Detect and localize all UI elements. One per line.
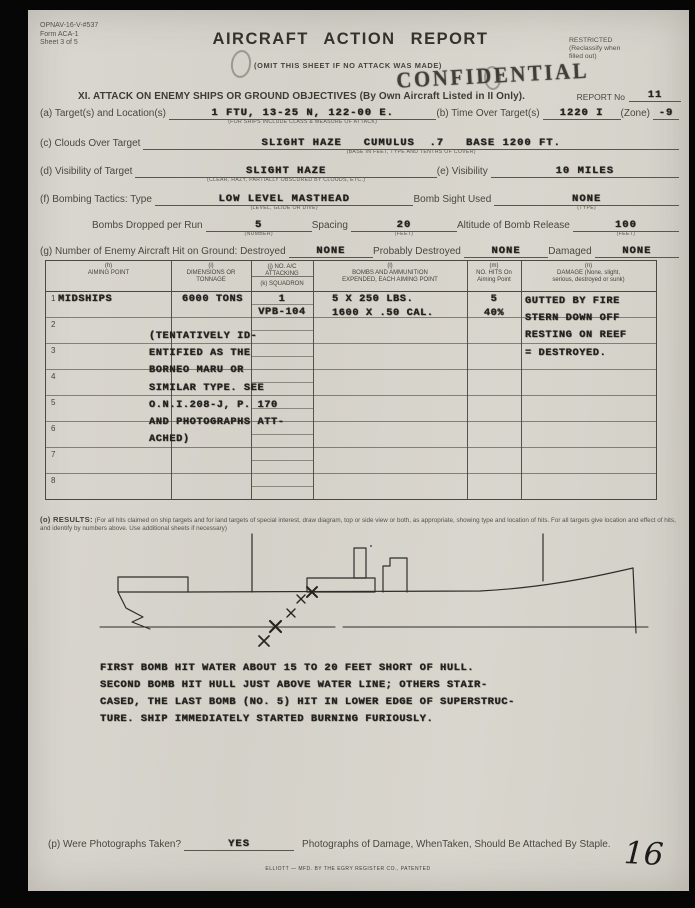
field-line-a: (a) Target(s) and Location(s) 1 FTU, 13-… [40,106,679,120]
stepped-house [383,558,407,592]
target-label: (a) Target(s) and Location(s) [40,108,169,120]
bombs-dropped-field: 5 (NUMBER) [206,218,312,232]
field-line-p: (p) Were Photographs Taken? YES Photogra… [48,837,649,851]
row-number: 4 [51,372,55,381]
damaged-value: NONE [622,245,651,257]
bow [118,592,150,629]
row-number: 3 [51,346,55,355]
bombs-dropped-caption: (NUMBER) [206,231,312,237]
photos-taken-field: YES [184,837,294,851]
table-header: (h) AIMING POINT (i) DIMENSIONS OR TONNA… [46,261,656,292]
report-no-value: 11 [648,89,663,101]
results-section: (o) RESULTS: (For all hits claimed on sh… [40,516,679,532]
time-over-target-value: 1220 I [560,107,604,119]
bomb-sight-field: NONE (TYPE) [494,192,679,206]
altitude-release-field: 100 (FEET) [573,218,679,232]
visibility-value: 10 MILES [556,165,614,177]
altitude-release-caption: (FEET) [573,231,679,237]
time-over-target-field: 1220 I [543,106,621,120]
form-number: OPNAV-16-V-#537 Form ACA-1 Sheet 3 of 5 [40,22,98,48]
section-heading-row: XI. ATTACK ON ENEMY SHIPS OR GROUND OBJE… [78,83,681,102]
damaged-label: Damaged [548,246,594,258]
damaged-field: NONE [595,244,679,258]
field-line-f: (f) Bombing Tactics: Type LOW LEVEL MAST… [40,192,679,206]
probably-destroyed-label: Probably Destroyed [373,246,464,258]
deck-line [188,568,633,592]
forecastle [118,577,188,592]
probably-destroyed-field: NONE [464,244,548,258]
field-line-g: (g) Number of Enemy Aircraft Hit on Grou… [40,244,679,258]
entry-aiming-point: MIDSHIPS [58,293,112,307]
bombing-tactics-field: LOW LEVEL MASTHEAD (LEVEL, GLIDE OR DIVE… [155,192,414,206]
spacing-value: 20 [397,219,412,231]
clouds-field: SLIGHT HAZE CUMULUS .7 BASE 1200 FT. (BA… [143,136,679,150]
bomb-sight-label: Bomb Sight Used [413,194,494,206]
bomb-sight-value: NONE [572,193,601,205]
visibility-target-value: SLIGHT HAZE [246,165,326,177]
clouds-caption: (BASE IN FEET, TYPE AND TENTHS OF COVER) [143,149,679,155]
altitude-release-label: Altitude of Bomb Release [457,220,573,232]
visibility-field: 10 MILES [491,164,679,178]
spacing-caption: (FEET) [351,231,457,237]
deckhouse [307,578,375,592]
field-line-f2: Bombs Dropped per Run 5 (NUMBER) Spacing… [92,218,679,232]
entry-identification-note: (TENTATIVELY ID- ENTIFIED AS THE BORNEO … [149,328,285,448]
bombing-tactics-caption: (LEVEL, GLIDE OR DIVE) [155,205,414,211]
report-page: OPNAV-16-V-#537 Form ACA-1 Sheet 3 of 5 … [28,10,689,891]
bombing-tactics-label: (f) Bombing Tactics: Type [40,194,155,206]
entry-hits: 5 40% [467,293,521,320]
clouds-label: (c) Clouds Over Target [40,138,143,150]
destroyed-value: NONE [316,245,345,257]
bomb-hit-marks [259,587,317,646]
bombing-tactics-value: LOW LEVEL MASTHEAD [218,193,349,205]
attack-table: (h) AIMING POINT (i) DIMENSIONS OR TONNA… [45,260,657,500]
zone-field: -9 [653,106,679,120]
aircraft-hit-label: (g) Number of Enemy Aircraft Hit on Grou… [40,246,289,258]
target-caption: (FOR SHIPS INCLUDE CLASS & MEASURE OF AT… [169,119,436,125]
page-title: AIRCRAFT ACTION REPORT [178,30,523,49]
field-line-c: (c) Clouds Over Target SLIGHT HAZE CUMUL… [40,136,679,150]
section-title: XI. ATTACK ON ENEMY SHIPS OR GROUND OBJE… [78,91,525,102]
zone-label: (Zone) [621,108,653,120]
entry-tonnage: 6000 TONS [182,293,243,307]
row-number: 7 [51,450,55,459]
row-number: 8 [51,476,55,485]
target-field: 1 FTU, 13-25 N, 122-00 E. (FOR SHIPS INC… [169,106,436,120]
scanned-document: { "header": { "form_lines": "OPNAV-16-V-… [0,0,695,908]
entry-damage: GUTTED BY FIRE STERN DOWN OFF RESTING ON… [525,293,627,362]
entry-squadron: VPB-104 [251,306,313,320]
time-over-target-label: (b) Time Over Target(s) [436,108,542,120]
handwritten-page-number: 16 [623,835,664,873]
probably-destroyed-value: NONE [491,245,520,257]
col-damage: (n) DAMAGE (None, slight, serious, destr… [521,261,656,291]
photos-note: Photographs of Damage, WhenTaken, Should… [294,839,614,851]
classification-note: RESTRICTED (Reclassify when filled out) [569,37,620,60]
funnel [354,548,366,578]
row-number: 5 [51,398,55,407]
printer-imprint: ELLIOTT — MFD. BY THE EGRY REGISTER CO.,… [28,866,668,872]
results-caption: (For all hits claimed on ship targets an… [40,517,676,532]
entry-ac-attacking: 1 [251,293,313,307]
results-label: (o) RESULTS: [40,515,93,524]
row-number: 6 [51,424,55,433]
photos-taken-label: (p) Were Photographs Taken? [48,839,184,851]
visibility-label: (e) Visibility [437,166,491,178]
entry-bombs-ammo: 5 X 250 LBS. 1600 X .50 CAL. [332,293,434,320]
spacing-field: 20 (FEET) [351,218,457,232]
col-bombs-ammo: (l) BOMBS AND AMMUNITION EXPENDED, EACH … [313,261,467,291]
ink-smudge [229,49,253,80]
report-no-label: REPORT No [577,92,629,102]
row-number: 1 [51,294,55,303]
destroyed-field: NONE [289,244,373,258]
col-aiming-point: (h) AIMING POINT [46,261,171,291]
ship-diagram [85,532,655,674]
spacing-label: Spacing [312,220,351,232]
row-number: 2 [51,320,55,329]
report-no-field: 11 [629,83,681,102]
field-line-d: (d) Visibility of Target SLIGHT HAZE (CL… [40,164,679,178]
bombs-dropped-label: Bombs Dropped per Run [92,220,206,232]
target-value: 1 FTU, 13-25 N, 122-00 E. [211,107,394,119]
bomb-sight-caption: (TYPE) [494,205,679,211]
results-narrative: FIRST BOMB HIT WATER ABOUT 15 TO 20 FEET… [100,660,515,728]
visibility-target-label: (d) Visibility of Target [40,166,135,178]
visibility-target-field: SLIGHT HAZE (CLEAR, HAZY, PARTIALLY OBSC… [135,164,436,178]
altitude-release-value: 100 [615,219,637,231]
photos-taken-value: YES [228,838,250,850]
stern-edge [633,568,636,633]
col-hits: (m) NO. HITS On Aiming Point [467,261,521,291]
bombs-dropped-value: 5 [255,219,262,231]
zone-value: -9 [659,107,674,119]
visibility-target-caption: (CLEAR, HAZY, PARTIALLY OBSCURED BY CLOU… [135,177,436,183]
clouds-value: SLIGHT HAZE CUMULUS .7 BASE 1200 FT. [262,137,561,149]
col-dimensions: (i) DIMENSIONS OR TONNAGE [171,261,251,291]
